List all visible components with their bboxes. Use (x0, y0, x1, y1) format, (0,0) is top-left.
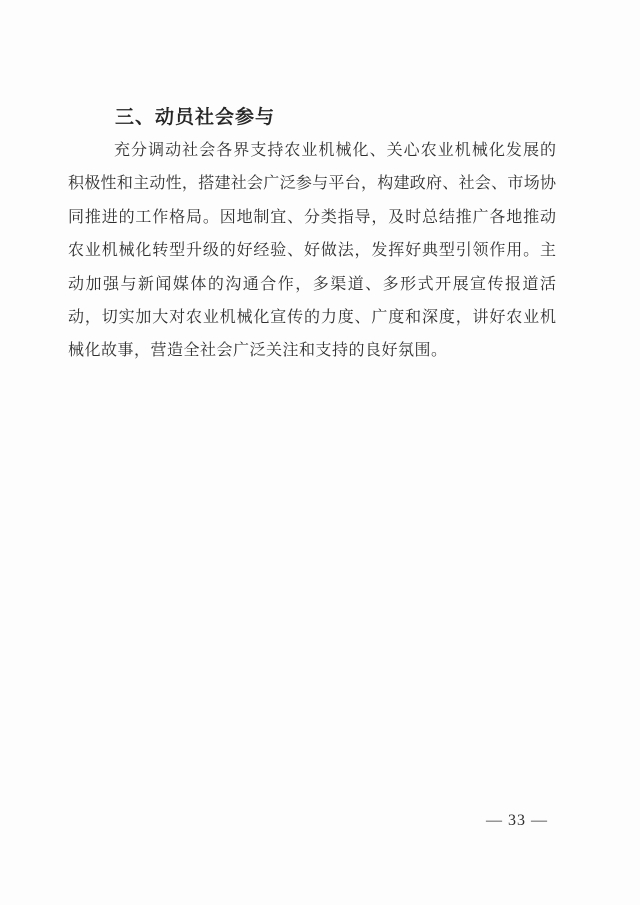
page-number: — 33 — (462, 811, 572, 831)
body-paragraph: 充分调动社会各界支持农业机械化、关心农业机械化发展的 积极性和主动性，搭建社会广… (68, 134, 556, 368)
paragraph-line: 同推进的工作格局。因地制宜、分类指导，及时总结推广各地推动 (68, 201, 556, 234)
paragraph-line: 充分调动社会各界支持农业机械化、关心农业机械化发展的 (68, 134, 556, 167)
paragraph-line: 动，切实加大对农业机械化宣传的力度、广度和深度，讲好农业机 (68, 301, 556, 334)
paragraph-line: 农业机械化转型升级的好经验、好做法，发挥好典型引领作用。主 (68, 234, 556, 267)
section-heading: 三、动员社会参与 (68, 106, 556, 128)
paragraph-line: 动加强与新闻媒体的沟通合作，多渠道、多形式开展宣传报道活 (68, 268, 556, 301)
paragraph-line: 积极性和主动性，搭建社会广泛参与平台，构建政府、社会、市场协 (68, 167, 556, 200)
paragraph-line: 械化故事，营造全社会广泛关注和支持的良好氛围。 (68, 334, 556, 367)
document-page: 三、动员社会参与 充分调动社会各界支持农业机械化、关心农业机械化发展的 积极性和… (0, 0, 640, 905)
